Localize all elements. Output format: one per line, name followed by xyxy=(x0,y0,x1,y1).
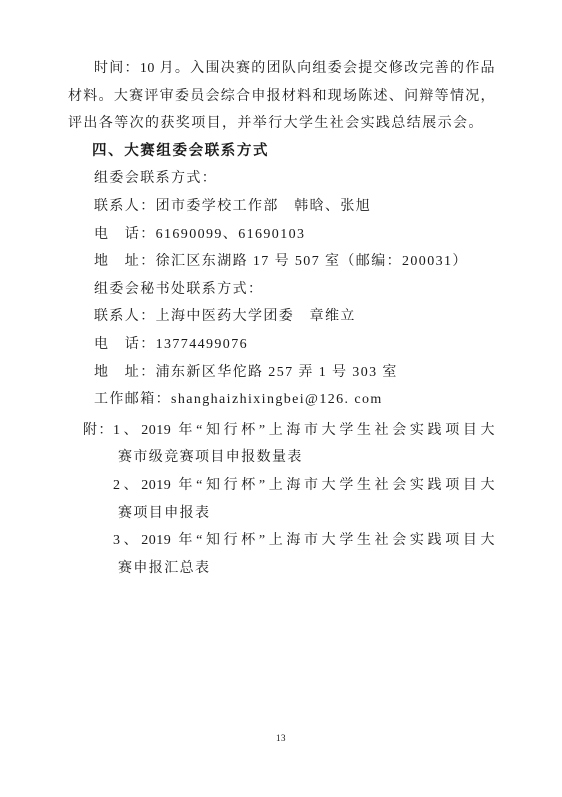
attachments-list: 1、2019 年“知行杯”上海市大学生社会实践项目大 赛市级竞赛项目申报数量表 … xyxy=(113,417,495,583)
document-content: 时间：10 月。入围决赛的团队向组委会提交修改完善的作品 材料。大赛评审委员会综… xyxy=(68,55,495,582)
attachment-item: 1、2019 年“知行杯”上海市大学生社会实践项目大 赛市级竞赛项目申报数量表 xyxy=(113,417,495,472)
attachment-item-line: 3、2019 年“知行杯”上海市大学生社会实践项目大 xyxy=(113,527,495,555)
attachment-item-line: 赛市级竞赛项目申报数量表 xyxy=(113,444,495,472)
attachments-block: 附： 1、2019 年“知行杯”上海市大学生社会实践项目大 赛市级竞赛项目申报数… xyxy=(68,417,495,583)
contact-line: 组委会秘书处联系方式： xyxy=(68,276,495,304)
attachments-label: 附： xyxy=(83,417,114,445)
contact-line: 联系人：团市委学校工作部 韩晗、张旭 xyxy=(68,193,495,221)
paragraph-line: 材料。大赛评审委员会综合申报材料和现场陈述、问辩等情况， xyxy=(68,83,495,111)
contact-line: 地 址：浦东新区华佗路 257 弄 1 号 303 室 xyxy=(68,359,495,387)
attachment-item: 2、2019 年“知行杯”上海市大学生社会实践项目大 赛项目申报表 xyxy=(113,472,495,527)
attachment-item: 3、2019 年“知行杯”上海市大学生社会实践项目大 赛申报汇总表 xyxy=(113,527,495,582)
attachment-item-line: 1、2019 年“知行杯”上海市大学生社会实践项目大 xyxy=(113,417,495,445)
contact-line: 地 址：徐汇区东湖路 17 号 507 室（邮编：200031） xyxy=(68,248,495,276)
contact-line: 联系人：上海中医药大学团委 章维立 xyxy=(68,303,495,331)
attachment-item-line: 赛项目申报表 xyxy=(113,500,495,528)
contact-line: 电 话：13774499076 xyxy=(68,331,495,359)
paragraph-line: 时间：10 月。入围决赛的团队向组委会提交修改完善的作品 xyxy=(68,55,495,83)
paragraph-line: 评出各等次的获奖项目，并举行大学生社会实践总结展示会。 xyxy=(68,110,495,138)
section-heading: 四、大赛组委会联系方式 xyxy=(68,138,495,166)
attachment-item-line: 赛申报汇总表 xyxy=(113,555,495,583)
contact-line: 组委会联系方式： xyxy=(68,165,495,193)
page-number: 13 xyxy=(0,733,562,743)
contact-line: 工作邮箱：shanghaizhixingbei@126. com xyxy=(68,386,495,414)
document-page: 时间：10 月。入围决赛的团队向组委会提交修改完善的作品 材料。大赛评审委员会综… xyxy=(0,0,562,797)
contact-line: 电 话：61690099、61690103 xyxy=(68,221,495,249)
attachment-item-line: 2、2019 年“知行杯”上海市大学生社会实践项目大 xyxy=(113,472,495,500)
